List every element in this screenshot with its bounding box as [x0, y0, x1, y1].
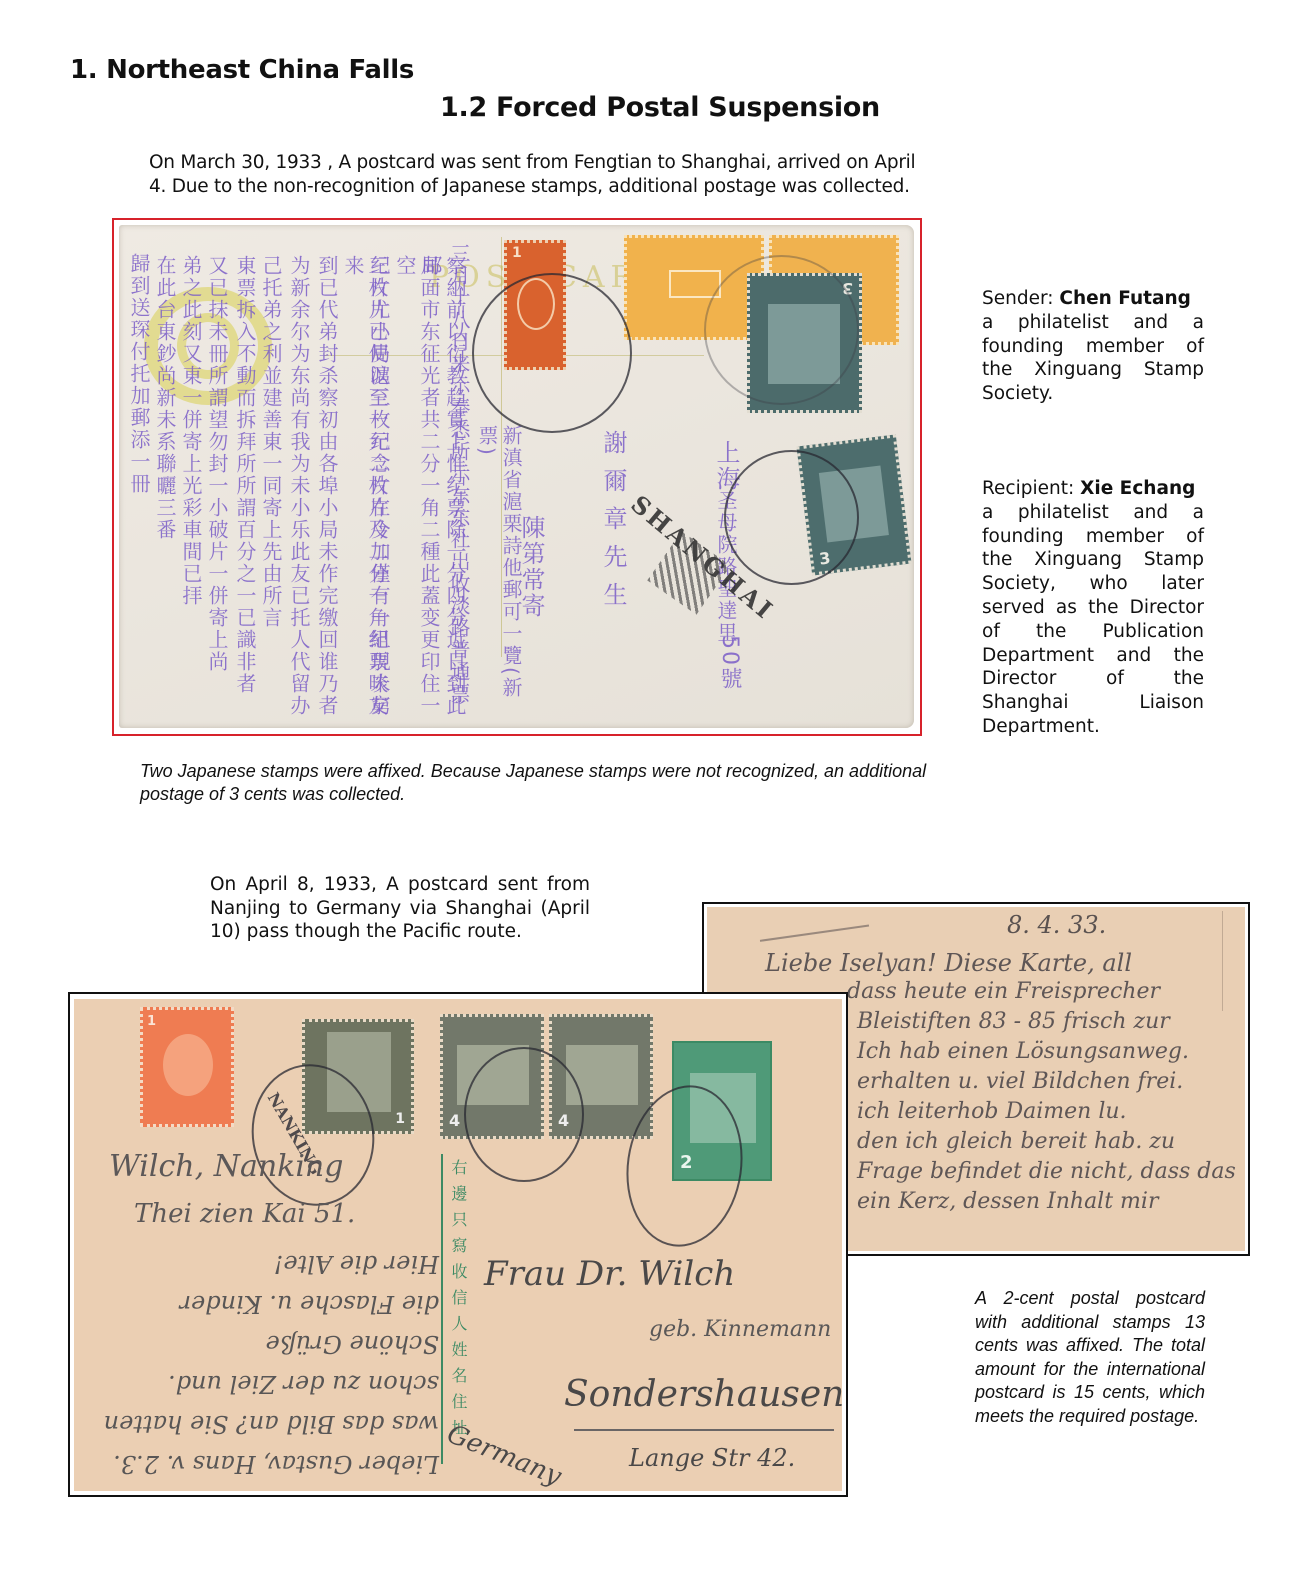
handwriting-col: 三月十八日来示奉悉所示东东社出收淡路普通票	[447, 243, 471, 718]
addressee-street: Lange Str 42.	[629, 1444, 795, 1472]
postcard-fengtian-shanghai-image: POST CARD 歸到送琛付托加郵添一冊 在此台東鈔尚新未系聯曬三番 弟之此刻…	[119, 225, 914, 728]
back-handwriting-line: den ich gleich bereit hab. zu	[857, 1129, 1175, 1154]
subsection-heading: 1.2 Forced Postal Suspension	[440, 92, 880, 123]
handwriting-col: 東票拆入不動而拆拜所所謂百分之一已識非者	[233, 255, 257, 728]
postmark	[464, 1047, 584, 1182]
sender-name: Chen Futang	[1059, 288, 1191, 309]
sun-yatsen-stamp-1c: 1	[140, 1007, 234, 1127]
addressee-name: Frau Dr. Wilch	[484, 1254, 735, 1294]
back-handwriting-line: ein Kerz, dessen Inhalt mir	[857, 1189, 1158, 1214]
return-address-line1: Wilch, Nanking	[109, 1149, 343, 1184]
stamp-value: 1	[147, 1014, 156, 1029]
back-date-line: 8. 4. 33.	[1007, 911, 1106, 939]
item1-caption: Two Japanese stamps were affixed. Becaus…	[140, 760, 940, 806]
postmark	[704, 255, 859, 405]
recipient-note: Recipient: Xie Echang a philatelist and …	[982, 477, 1204, 739]
postcard-front-image: 1 1 4 4 2 NANKING 右邊只寫收信人姓名住址 Wilch, Nan…	[74, 999, 842, 1491]
back-handwriting-line: Frage befindet die nicht, dass das	[857, 1159, 1236, 1184]
item2-intro: On April 8, 1933, A postcard sent from N…	[210, 873, 590, 944]
stamp-value: 4	[449, 1111, 460, 1130]
faint-vertical-mark	[1222, 911, 1223, 1011]
back-handwriting-line: dass heute ein Freisprecher	[847, 979, 1160, 1004]
handwriting-col: 纪片尤小局滬三枚纪念片在今加僅有一組現未窮	[367, 255, 391, 728]
postmark	[724, 450, 859, 585]
stamp-value: 1	[512, 245, 522, 261]
handwriting-col: 歸到送琛付托加郵添一冊	[127, 253, 151, 728]
address-instruction-label: 右邊只寫收信人姓名住址	[449, 1159, 467, 1445]
addressee-note: geb. Kinnemann	[649, 1317, 831, 1342]
section-heading: 1. Northeast China Falls	[70, 55, 414, 85]
handwriting-col: 到已代弟封杀察初由各埠小局未作完缴回谁乃者	[315, 255, 339, 728]
recipient-description: a philatelist and a founding member of t…	[982, 502, 1204, 737]
stamp-portrait	[163, 1034, 213, 1096]
handwriting-col: 新滇省滬栗詩他郵可一覽(新票)	[475, 425, 523, 725]
recipient-name: 謝爾章先生	[601, 430, 625, 660]
sender-note: Sender: Chen Futang a philatelist and a …	[982, 287, 1204, 406]
sender-signature: 陳第常寄	[519, 515, 543, 695]
postcard-front-frame: 1 1 4 4 2 NANKING 右邊只寫收信人姓名住址 Wilch, Nan…	[68, 992, 848, 1497]
addressee-country: Germany	[443, 1419, 566, 1491]
address-number: 50號	[717, 635, 741, 715]
handwriting-col: 己托弟之利並建善東一同寄上先由所言	[259, 255, 283, 728]
item2-caption: A 2-cent postal postcard with additional…	[975, 1287, 1205, 1429]
back-handwriting-line: Ich hab einen Lösungsanweg.	[857, 1039, 1189, 1064]
handwriting-col: 弟之此刻又東一併寄上光彩車間已拝	[179, 255, 203, 728]
item1-intro: On March 30, 1933 , A postcard was sent …	[149, 151, 919, 221]
sender-label: Sender:	[982, 288, 1054, 309]
postmark	[472, 273, 632, 433]
handwriting-col: 在此台東鈔尚新未系聯曬三番	[153, 255, 177, 728]
back-handwriting-line: Bleistiften 83 - 85 frisch zur	[857, 1009, 1170, 1034]
recipient-name-note: Xie Echang	[1080, 478, 1195, 499]
city-underline	[574, 1429, 834, 1431]
return-address-line2: Thei zien Kai 51.	[134, 1199, 355, 1229]
back-handwriting-line: ich leiterhob Daimen lu.	[857, 1099, 1127, 1124]
address-divider	[441, 1154, 443, 1464]
addressee-city: Sondershausen	[564, 1374, 842, 1415]
postcard-fengtian-shanghai-frame: POST CARD 歸到送琛付托加郵添一冊 在此台東鈔尚新未系聯曬三番 弟之此刻…	[112, 218, 922, 736]
handwriting-col: 为新余尔为东尚有我为未小乐此友已托人代留办	[287, 255, 311, 728]
back-numbers: 83 - 85	[979, 1009, 1056, 1034]
back-handwriting-line: erhalten u. viel Bildchen frei.	[857, 1069, 1183, 1094]
stamp-value: 1	[395, 1111, 405, 1127]
sender-description: a philatelist and a founding member of t…	[982, 312, 1204, 404]
recipient-label: Recipient:	[982, 478, 1074, 499]
handwriting-col: 又已抹未冊所謂望勿封一小破片一併寄上尚	[205, 255, 229, 728]
message-upside-down: Lieber Gustav, Hans v. 2.3. was das Bild…	[104, 1244, 439, 1484]
back-handwriting-line: Liebe Iselyan! Diese Karte, all	[765, 949, 1132, 977]
